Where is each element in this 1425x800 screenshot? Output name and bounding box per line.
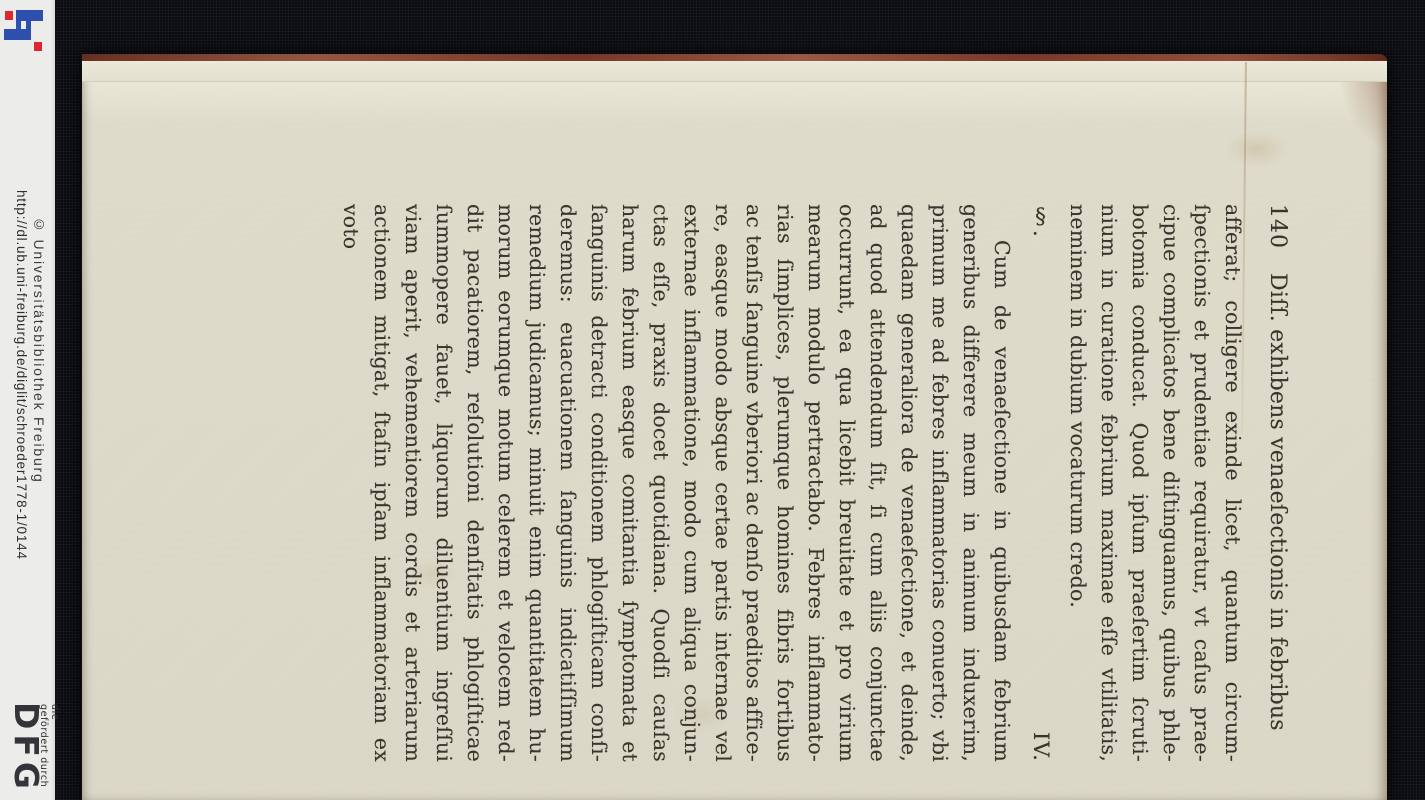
text-line: remedium judicamus; minuit enim quantita… bbox=[521, 204, 552, 762]
dfg-logo-caption: gefördert durch die bbox=[38, 704, 60, 800]
paragraph: Cum de venaeſectione in quibusdam febriu… bbox=[366, 204, 1017, 762]
document-url: http://dl.ub.uni-freiburg.de/diglit/schr… bbox=[12, 190, 30, 560]
library-frame-sidebar: http://dl.ub.uni-freiburg.de/diglit/schr… bbox=[0, 0, 55, 800]
paper-specks bbox=[82, 54, 83, 55]
sprinkled-book-edge bbox=[82, 54, 1387, 61]
text-line: viam aperit, vehementiorem cordis et art… bbox=[397, 204, 428, 762]
page-text: 140Diſſ. exhibens venaeſectionis in febr… bbox=[335, 204, 1294, 762]
text-line: ad quod attendendum ſit, ſi cum aliis co… bbox=[862, 204, 893, 762]
page-number: 140 bbox=[1265, 204, 1290, 249]
text-line: dit pacatiorem, reſolutioni denſitatis p… bbox=[459, 204, 490, 762]
text-line: ac tenſis ſanguine vberiori ac denſo pra… bbox=[738, 204, 769, 762]
text-line: externae inflammatione, modo cum aliqua … bbox=[676, 204, 707, 762]
text-line: ſpectionis et prudentiae requiratur, vt … bbox=[1186, 204, 1217, 762]
paragraph: afferat; colligere exinde licet, quantum… bbox=[1062, 204, 1248, 762]
text-line: actionem mitigat, ſtaſin ipſam inflammat… bbox=[366, 204, 397, 762]
text-line: deremus: euacuationem ſanguinis indicati… bbox=[552, 204, 583, 762]
running-header: 140Diſſ. exhibens venaeſectionis in febr… bbox=[1260, 204, 1294, 762]
text-line: afferat; colligere exinde licet, quantum… bbox=[1217, 204, 1248, 762]
text-line: Cum de venaeſectione in quibusdam febriu… bbox=[986, 204, 1017, 762]
text-line: ſanguinis detracti conditionem phlogiſti… bbox=[583, 204, 614, 762]
text-line: botomia conducat. Quod ipſum praeſertim … bbox=[1124, 204, 1155, 762]
catchword: voto bbox=[335, 204, 366, 762]
text-line: nium in curatione febrium maximae eſſe v… bbox=[1093, 204, 1124, 762]
text-line: neminem in dubium vocaturum credo. bbox=[1062, 204, 1093, 762]
text-line: mearum modulo pertractabo. Febres inflam… bbox=[800, 204, 831, 762]
sidebar-metadata: http://dl.ub.uni-freiburg.de/diglit/schr… bbox=[12, 190, 48, 560]
scanned-book-page: 140Diſſ. exhibens venaeſectionis in febr… bbox=[82, 54, 1387, 800]
text-line: harum febrium easque comitantia ſymptoma… bbox=[614, 204, 645, 762]
text-line: occurrunt, ea qua licebit breuitate et p… bbox=[831, 204, 862, 762]
text-line: rias ſimplices, plerumque homines fibris… bbox=[769, 204, 800, 762]
text-line: cipue complicatos bene diſtinguamus, qui… bbox=[1155, 204, 1186, 762]
copyright-notice: © Universitätsbibliothek Freiburg bbox=[30, 216, 48, 560]
text-line: generibus differere meum in animum indux… bbox=[955, 204, 986, 762]
text-line: ctas eſſe, praxis docet quotidiana. Quod… bbox=[645, 204, 676, 762]
text-line: ſummopere fauet, liquorum diluentium ing… bbox=[428, 204, 459, 762]
text-line: quaedam generaliora de venaeſectione, et… bbox=[893, 204, 924, 762]
text-line: re, easque modo absque certae partis int… bbox=[707, 204, 738, 762]
running-title: Diſſ. exhibens venaeſectionis in febribu… bbox=[1265, 273, 1290, 731]
ub-freiburg-logo-icon bbox=[2, 4, 48, 54]
text-line: primum me ad febres inflammatorias conue… bbox=[924, 204, 955, 762]
section-heading: §. IV. bbox=[1025, 204, 1056, 762]
text-line: morum eorumque motum celerem et velocem … bbox=[490, 204, 521, 762]
page-edge-stack bbox=[82, 61, 1387, 82]
